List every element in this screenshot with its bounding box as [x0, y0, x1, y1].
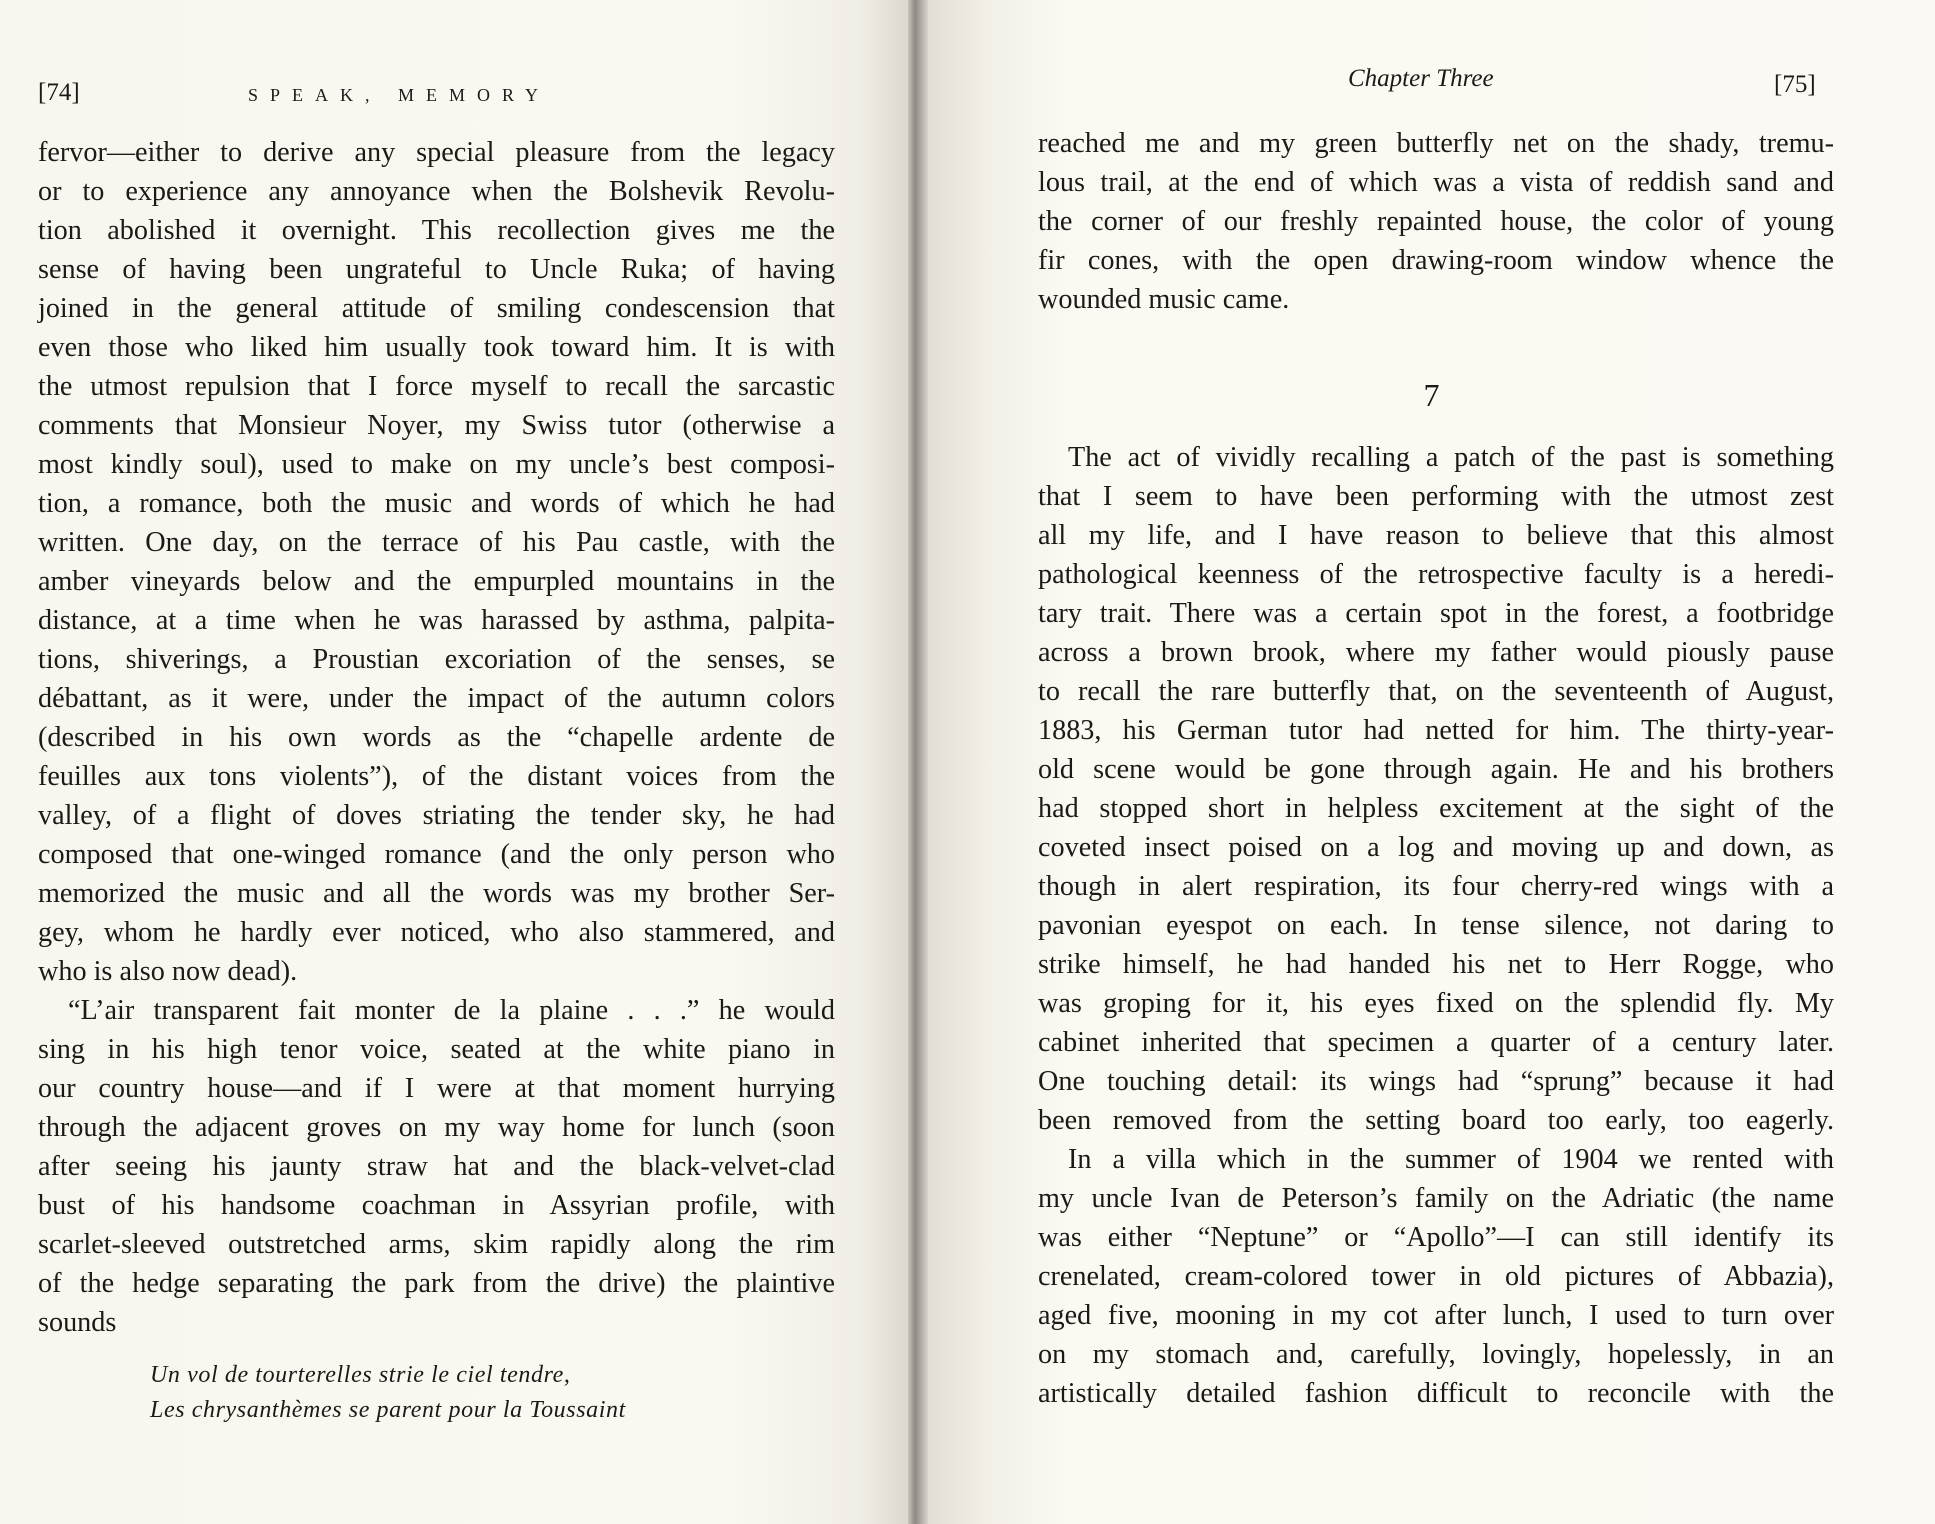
right-page: Chapter Three [75] reached me and my gre…: [928, 0, 1935, 1524]
text-line: crenelated, cream-colored tower in old p…: [1038, 1257, 1834, 1296]
text-line: through the adjacent groves on my way ho…: [38, 1108, 835, 1147]
text-line: old scene would be gone through again. H…: [1038, 750, 1834, 789]
text-line: cabinet inherited that specimen a quarte…: [1038, 1023, 1834, 1062]
text-line-paragraph-start: In a villa which in the summer of 1904 w…: [1038, 1140, 1834, 1179]
text-line: to recall the rare butterfly that, on th…: [1038, 672, 1834, 711]
text-line: most kindly soul), used to make on my un…: [38, 445, 835, 484]
text-line-paragraph-start: The act of vividly recalling a patch of …: [1038, 438, 1834, 477]
text-line: coveted insect poised on a log and movin…: [1038, 828, 1834, 867]
text-line: composed that one-winged romance (and th…: [38, 835, 835, 874]
text-line: artistically detailed fashion difficult …: [1038, 1374, 1834, 1413]
text-line: across a brown brook, where my father wo…: [1038, 633, 1834, 672]
text-line: pathological keenness of the retrospecti…: [1038, 555, 1834, 594]
text-line: of the hedge separating the park from th…: [38, 1264, 835, 1303]
text-line: joined in the general attitude of smilin…: [38, 289, 835, 328]
text-line: 1883, his German tutor had netted for hi…: [1038, 711, 1834, 750]
page-number-left: [74]: [38, 78, 80, 108]
text-line: tary trait. There was a certain spot in …: [1038, 594, 1834, 633]
text-line: scarlet-sleeved outstretched arms, skim …: [38, 1225, 835, 1264]
text-line: though in alert respiration, its four ch…: [1038, 867, 1834, 906]
text-line: or to experience any annoyance when the …: [38, 172, 835, 211]
text-line: the corner of our freshly repainted hous…: [1038, 202, 1834, 241]
text-line: comments that Monsieur Noyer, my Swiss t…: [38, 406, 835, 445]
text-line: that I seem to have been performing with…: [1038, 477, 1834, 516]
right-page-body-top: reached me and my green butterfly net on…: [1038, 124, 1834, 319]
page-number-right: [75]: [1774, 70, 1816, 100]
text-line: strike himself, he had handed his net to…: [1038, 945, 1834, 984]
left-page: [74] SPEAK, MEMORY fervor—either to deri…: [0, 0, 908, 1524]
text-line: my uncle Ivan de Peterson’s family on th…: [1038, 1179, 1834, 1218]
text-line: gey, whom he hardly ever noticed, who al…: [38, 913, 835, 952]
text-line-paragraph-start: “L’air transparent fait monter de la pla…: [38, 991, 835, 1030]
text-line: One touching detail: its wings had “spru…: [1038, 1062, 1834, 1101]
text-line: tions, shiverings, a Proustian excoriati…: [38, 640, 835, 679]
text-line: sounds: [38, 1303, 835, 1342]
text-line: was groping for it, his eyes fixed on th…: [1038, 984, 1834, 1023]
text-line: amber vineyards below and the empurpled …: [38, 562, 835, 601]
text-line: after seeing his jaunty straw hat and th…: [38, 1147, 835, 1186]
book-spread: [74] SPEAK, MEMORY fervor—either to deri…: [0, 0, 1935, 1524]
right-page-body: The act of vividly recalling a patch of …: [1038, 438, 1834, 1413]
text-line: even those who liked him usually took to…: [38, 328, 835, 367]
section-number: 7: [928, 377, 1935, 414]
text-line: sing in his high tenor voice, seated at …: [38, 1030, 835, 1069]
running-title-book: SPEAK, MEMORY: [248, 80, 550, 110]
text-line: valley, of a flight of doves striating t…: [38, 796, 835, 835]
book-gutter: [908, 0, 928, 1524]
text-line: been removed from the setting board too …: [1038, 1101, 1834, 1140]
verse-line: Les chrysanthèmes se parent pour la Tous…: [150, 1393, 626, 1428]
text-line: débattant, as it were, under the impact …: [38, 679, 835, 718]
text-line: was either “Neptune” or “Apollo”—I can s…: [1038, 1218, 1834, 1257]
text-line: feuilles aux tons violents”), of the dis…: [38, 757, 835, 796]
text-line: had stopped short in helpless excitement…: [1038, 789, 1834, 828]
text-line: fervor—either to derive any special plea…: [38, 133, 835, 172]
verse-quotation: Un vol de tourterelles strie le ciel ten…: [150, 1358, 626, 1428]
text-line: distance, at a time when he was harassed…: [38, 601, 835, 640]
text-line: tion abolished it overnight. This recoll…: [38, 211, 835, 250]
text-line: wounded music came.: [1038, 280, 1834, 319]
text-line: pavonian eyespot on each. In tense silen…: [1038, 906, 1834, 945]
text-line: aged five, mooning in my cot after lunch…: [1038, 1296, 1834, 1335]
text-line: memorized the music and all the words wa…: [38, 874, 835, 913]
verse-line: Un vol de tourterelles strie le ciel ten…: [150, 1358, 626, 1393]
text-line: the utmost repulsion that I force myself…: [38, 367, 835, 406]
text-line: written. One day, on the terrace of his …: [38, 523, 835, 562]
text-line: reached me and my green butterfly net on…: [1038, 124, 1834, 163]
text-line: sense of having been ungrateful to Uncle…: [38, 250, 835, 289]
text-line: (described in his own words as the “chap…: [38, 718, 835, 757]
left-page-body: fervor—either to derive any special plea…: [38, 133, 835, 1342]
text-line: fir cones, with the open drawing-room wi…: [1038, 241, 1834, 280]
text-line: bust of his handsome coachman in Assyria…: [38, 1186, 835, 1225]
text-line: who is also now dead).: [38, 952, 835, 991]
text-line: our country house—and if I were at that …: [38, 1069, 835, 1108]
text-line: on my stomach and, carefully, lovingly, …: [1038, 1335, 1834, 1374]
text-line: tion, a romance, both the music and word…: [38, 484, 835, 523]
running-title-chapter: Chapter Three: [1348, 64, 1494, 94]
text-line: lous trail, at the end of which was a vi…: [1038, 163, 1834, 202]
text-line: all my life, and I have reason to believ…: [1038, 516, 1834, 555]
